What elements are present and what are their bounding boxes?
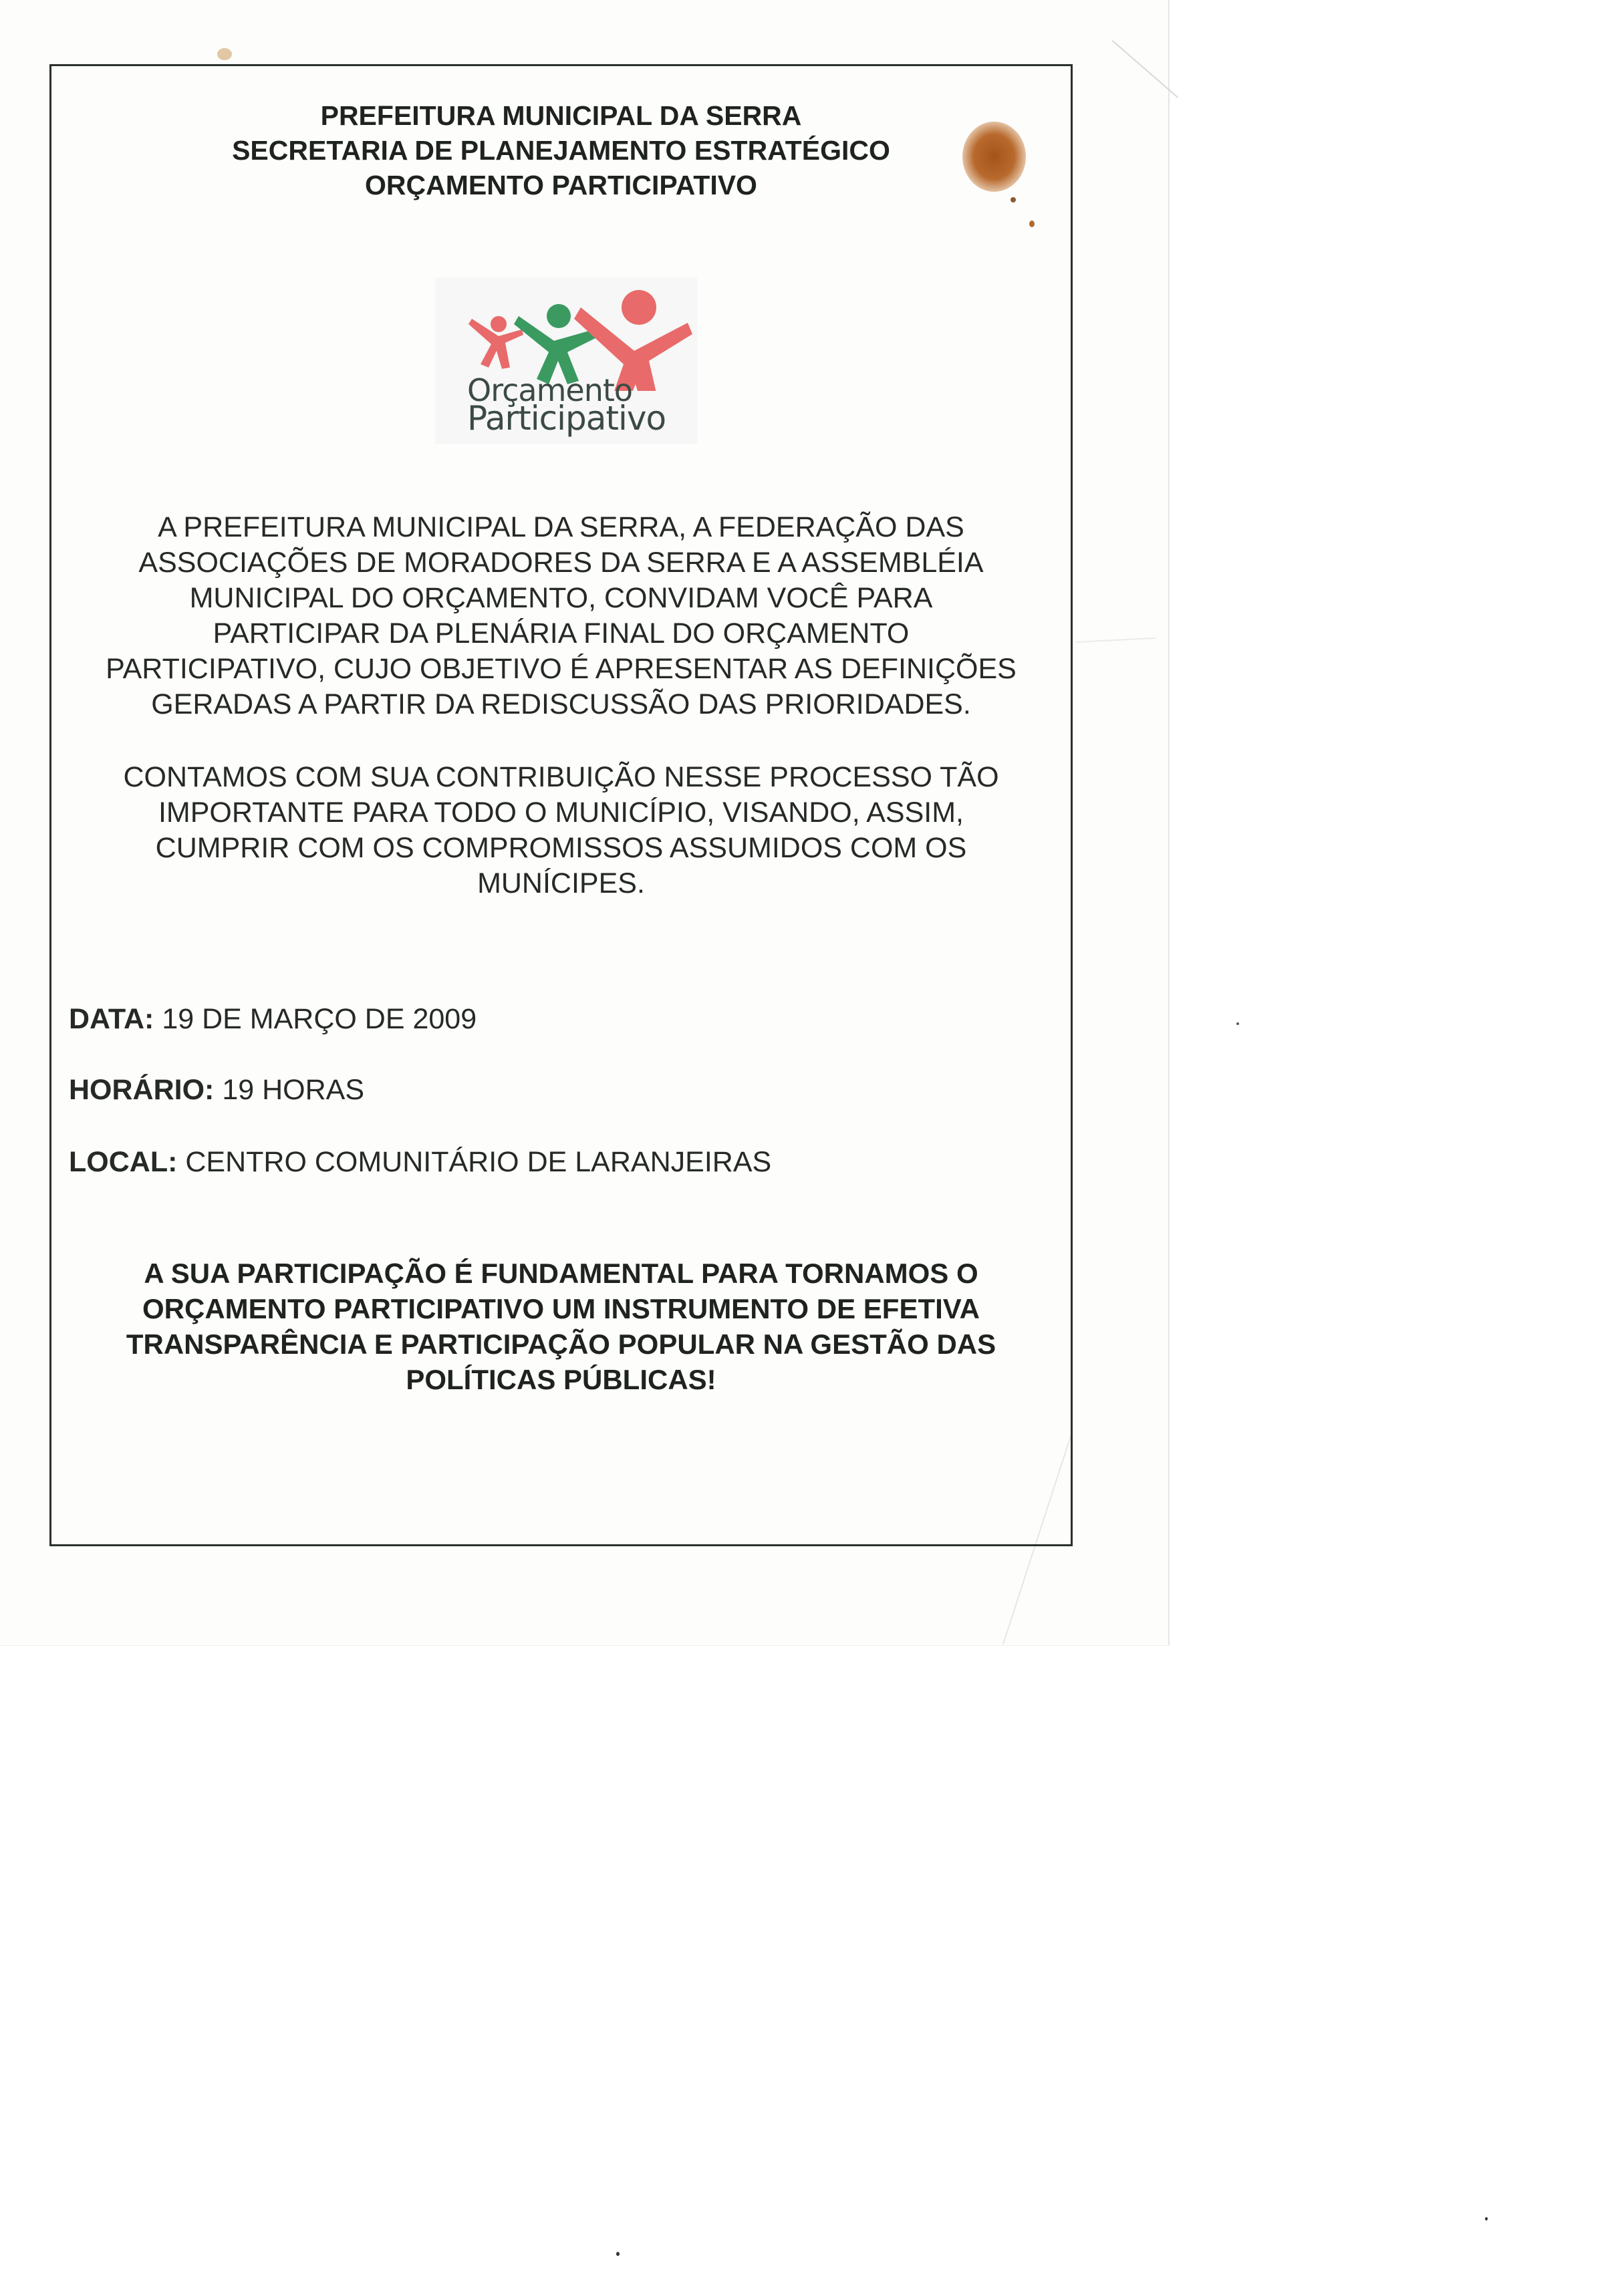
header-line-3: ORÇAMENTO PARTICIPATIVO <box>51 168 1071 202</box>
invitation-paragraph: A PREFEITURA MUNICIPAL DA SERRA, A FEDER… <box>51 510 1071 722</box>
closing-line: A SUA PARTICIPAÇÃO É FUNDAMENTAL PARA TO… <box>51 1256 1071 1291</box>
logo-word-participativo: Participativo <box>467 399 666 438</box>
contribution-line: CONTAMOS COM SUA CONTRIBUIÇÃO NESSE PROC… <box>51 760 1071 795</box>
contribution-paragraph: CONTAMOS COM SUA CONTRIBUIÇÃO NESSE PROC… <box>51 760 1071 901</box>
time-label: HORÁRIO: <box>69 1074 214 1106</box>
place-value: CENTRO COMUNITÁRIO DE LARANJEIRAS <box>185 1146 771 1178</box>
date-label: DATA: <box>69 1003 154 1035</box>
orcamento-participativo-logo: Orçamento Participativo <box>435 277 697 444</box>
event-place: LOCAL: CENTRO COMUNITÁRIO DE LARANJEIRAS <box>69 1146 771 1179</box>
invitation-line: GERADAS A PARTIR DA REDISCUSSÃO DAS PRIO… <box>51 687 1071 722</box>
time-value: 19 HORAS <box>222 1074 364 1106</box>
header-line-2: SECRETARIA DE PLANEJAMENTO ESTRATÉGICO <box>51 133 1071 168</box>
flyer-border: PREFEITURA MUNICIPAL DA SERRA SECRETARIA… <box>49 64 1073 1546</box>
paper-speck <box>1485 2217 1488 2220</box>
place-label: LOCAL: <box>69 1146 177 1178</box>
paper-speck <box>616 2252 620 2256</box>
contribution-line: IMPORTANTE PARA TODO O MUNICÍPIO, VISAND… <box>51 795 1071 831</box>
contribution-line: MUNÍCIPES. <box>51 866 1071 901</box>
invitation-line: PARTICIPATIVO, CUJO OBJETIVO É APRESENTA… <box>51 652 1071 687</box>
event-time: HORÁRIO: 19 HORAS <box>69 1074 364 1107</box>
invitation-line: A PREFEITURA MUNICIPAL DA SERRA, A FEDER… <box>51 510 1071 545</box>
paper-fold-crease <box>1112 40 1178 98</box>
paper-stain <box>217 48 232 60</box>
event-date: DATA: 19 DE MARÇO DE 2009 <box>69 1003 477 1036</box>
invitation-line: MUNICIPAL DO ORÇAMENTO, CONVIDAM VOCÊ PA… <box>51 581 1071 616</box>
invitation-line: ASSOCIAÇÕES DE MORADORES DA SERRA E A AS… <box>51 545 1071 581</box>
paper-fold-crease <box>1076 637 1156 643</box>
closing-line: POLÍTICAS PÚBLICAS! <box>51 1362 1071 1397</box>
closing-line: TRANSPARÊNCIA E PARTICIPAÇÃO POPULAR NA … <box>51 1326 1071 1362</box>
closing-message: A SUA PARTICIPAÇÃO É FUNDAMENTAL PARA TO… <box>51 1256 1071 1397</box>
invitation-line: PARTICIPAR DA PLENÁRIA FINAL DO ORÇAMENT… <box>51 616 1071 652</box>
header-line-1: PREFEITURA MUNICIPAL DA SERRA <box>51 98 1071 133</box>
closing-line: ORÇAMENTO PARTICIPATIVO UM INSTRUMENTO D… <box>51 1291 1071 1326</box>
flyer-header: PREFEITURA MUNICIPAL DA SERRA SECRETARIA… <box>51 98 1071 202</box>
date-value: 19 DE MARÇO DE 2009 <box>162 1003 477 1035</box>
contribution-line: CUMPRIR COM OS COMPROMISSOS ASSUMIDOS CO… <box>51 831 1071 866</box>
paper-speck <box>1236 1022 1239 1025</box>
